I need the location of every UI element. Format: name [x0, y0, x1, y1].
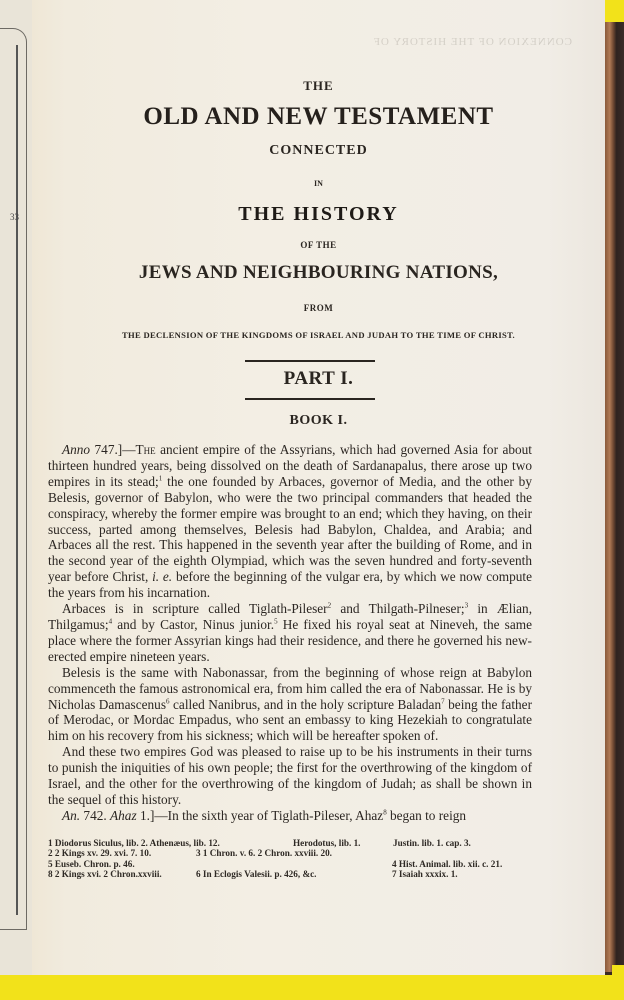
map-scale-bar: [0, 45, 18, 915]
book-cover-edge: [605, 22, 624, 972]
title-connected: CONNECTED: [32, 143, 605, 159]
footnote-row: 5 Euseb. Chron. p. 46. 4 Hist. Animal. l…: [48, 859, 542, 869]
map-page-number: 33: [10, 212, 19, 222]
divider-rule-top: [245, 360, 375, 362]
footnote-row: 2 2 Kings xv. 29. xvi. 7. 10. 3 1 Chron.…: [48, 848, 542, 858]
bleed-through-header: CONNEXION OF THE HISTORY OF: [172, 36, 572, 48]
paragraph-2: Arbaces is in scripture called Tiglath-P…: [48, 601, 532, 665]
body-text: Anno 747.]—The ancient empire of the Ass…: [48, 442, 532, 824]
title-of-the: OF THE: [32, 240, 605, 250]
paragraph-5: An. 742. Ahaz 1.]—In the sixth year of T…: [48, 808, 532, 824]
title-nations: JEWS AND NEIGHBOURING NATIONS,: [32, 262, 605, 284]
title-the: THE: [32, 78, 605, 94]
paragraph-3: Belesis is the same with Nabonassar, fro…: [48, 665, 532, 745]
yellow-surface-top: [605, 0, 624, 22]
footnote-row: 8 2 Kings xvi. 2 Chron.xxviii. 6 In Eclo…: [48, 869, 542, 879]
yellow-surface-corner: [612, 965, 624, 1000]
title-from: FROM: [32, 303, 605, 313]
title-main: OLD AND NEW TESTAMENT: [32, 103, 605, 131]
yellow-surface-bottom: [0, 975, 624, 1000]
book-page: CONNEXION OF THE HISTORY OF THE OLD AND …: [32, 0, 605, 975]
paragraph-1: Anno 747.]—The ancient empire of the Ass…: [48, 442, 532, 601]
book-heading: BOOK I.: [32, 413, 605, 429]
paragraph-4: And these two empires God was pleased to…: [48, 744, 532, 808]
footnotes: 1 Diodorus Siculus, lib. 2. Athenæus, li…: [48, 838, 542, 880]
anno-label: Anno: [62, 442, 90, 457]
part-heading: PART I.: [32, 368, 605, 390]
divider-rule-bottom: [245, 398, 375, 400]
title-declension: THE DECLENSION OF THE KINGDOMS OF ISRAEL…: [32, 330, 605, 340]
facing-page-map: 33: [0, 0, 33, 975]
footnote-row: 1 Diodorus Siculus, lib. 2. Athenæus, li…: [48, 838, 542, 848]
title-in: IN: [32, 179, 605, 188]
title-history: THE HISTORY: [32, 203, 605, 226]
